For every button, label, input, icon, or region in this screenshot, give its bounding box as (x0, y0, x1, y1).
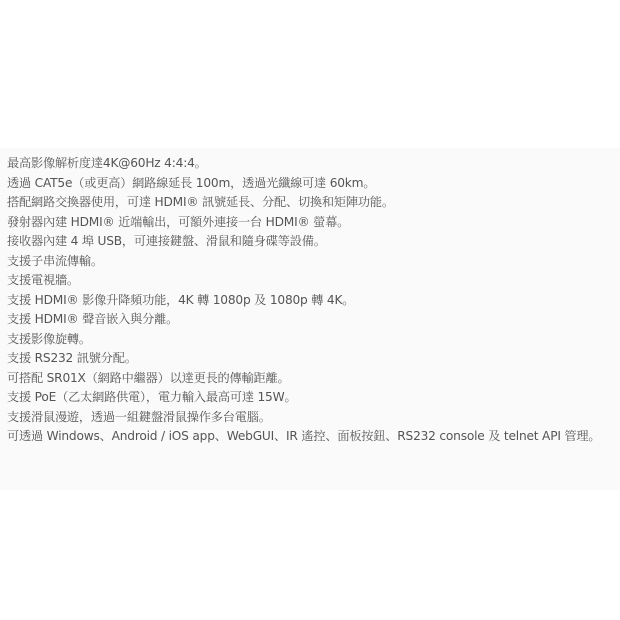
feature-item-mouse-roaming: 支援滑鼠漫遊，透過一組鍵盤滑鼠操作多台電腦。 (7, 408, 600, 428)
feature-item-switch-matrix: 搭配網路交換器使用，可達 HDMI® 訊號延長、分配、切換和矩陣功能。 (7, 193, 600, 213)
feature-item-resolution: 最高影像解析度達4K@60Hz 4:4:4。 (7, 154, 600, 174)
feature-item-video-wall: 支援電視牆。 (7, 271, 600, 291)
feature-item-rotation: 支援影像旋轉。 (7, 330, 600, 350)
feature-item-rs232: 支援 RS232 訊號分配。 (7, 349, 600, 369)
feature-item-extension-distance: 透過 CAT5e（或更高）網路線延長 100m，透過光纖線可達 60km。 (7, 174, 600, 194)
feature-item-usb-ports: 接收器內建 4 埠 USB，可連接鍵盤、滑鼠和隨身碟等設備。 (7, 232, 600, 252)
feature-item-local-output: 發射器內建 HDMI® 近端輸出，可額外連接一台 HDMI® 螢幕。 (7, 213, 600, 233)
feature-item-poe: 支援 PoE（乙太網路供電），電力輸入最高可達 15W。 (7, 388, 600, 408)
feature-item-repeater: 可搭配 SR01X（網路中繼器）以達更長的傳輸距離。 (7, 369, 600, 389)
feature-item-scaling: 支援 HDMI® 影像升降頻功能，4K 轉 1080p 及 1080p 轉 4K… (7, 291, 600, 311)
feature-item-audio-embed: 支援 HDMI® 聲音嵌入與分離。 (7, 310, 600, 330)
feature-item-management: 可透過 Windows、Android / iOS app、WebGUI、IR … (7, 427, 600, 447)
feature-list: 最高影像解析度達4K@60Hz 4:4:4。 透過 CAT5e（或更高）網路線延… (7, 154, 600, 447)
feature-item-substream: 支援子串流傳輸。 (7, 252, 600, 272)
